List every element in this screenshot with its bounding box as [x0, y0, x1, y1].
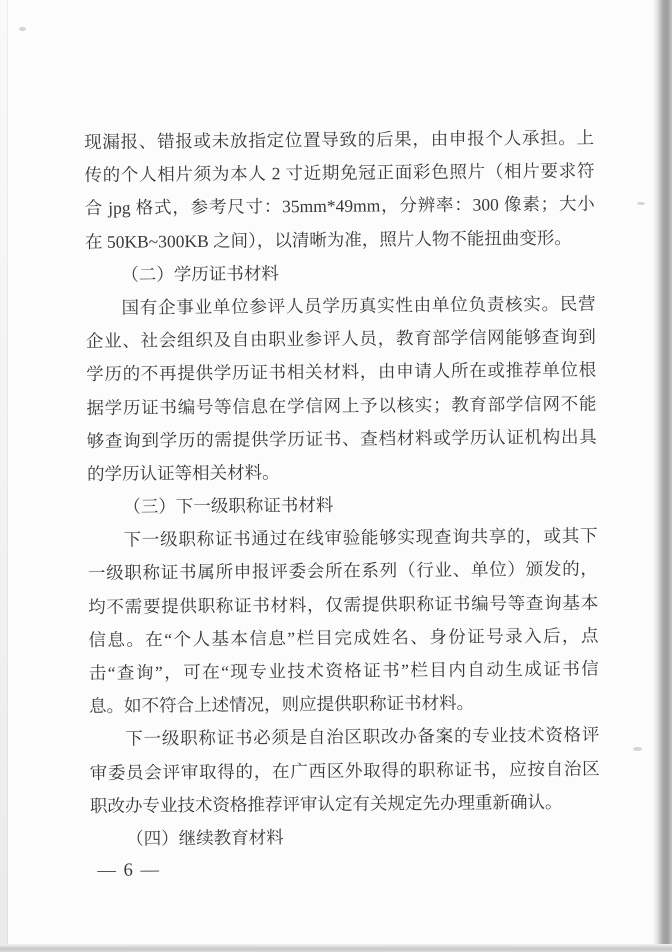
text-line: 的学历认证等相关材料。 [87, 453, 597, 491]
text-line: 国有企事业单位参评人员学历真实性由单位负责核实。民营 [85, 287, 595, 325]
text-line: 下一级职称证书必须是自治区职改办备案的专业技术资格评 [89, 719, 599, 757]
scan-edge-right [652, 0, 672, 952]
text-line: 息。如不符合上述情况，则应提供职称证书材料。 [89, 686, 599, 724]
text-line: 现漏报、错报或未放指定位置导致的后果，由申报个人承担。上 [84, 122, 594, 160]
scan-speck [19, 27, 26, 31]
scanned-document-page: 现漏报、错报或未放指定位置导致的后果，由申报个人承担。上传的个人相片须为本人 2… [0, 0, 672, 952]
text-line: 信息。在“个人基本信息”栏目完成姓名、身份证号录入后，点 [88, 619, 598, 657]
text-line: 传的个人相片须为本人 2 寸近期免冠正面彩色照片（相片要求符 [84, 155, 594, 193]
text-line: 职改办专业技术资格推荐评审认定有关规定先办理重新确认。 [90, 785, 600, 823]
text-line: 企业、社会组织及自由职业参评人员，教育部学信网能够查询到 [86, 321, 596, 359]
text-line: 审委员会评审取得的，在广西区外取得的职称证书，应按自治区 [90, 752, 600, 790]
text-line: 在 50KB~300KB 之间），以清晰为准，照片人物不能扭曲变形。 [85, 221, 595, 259]
text-line: 够查询到学历的需提供学历证书、查档材料或学历认证机构出具 [87, 420, 597, 458]
text-line: 一级职称证书属所申报评委会所在系列（行业、单位）颁发的， [88, 553, 598, 591]
page-number: — 6 — [97, 859, 160, 882]
scan-speck [637, 202, 645, 205]
section-heading: （四）继续教育材料 [90, 818, 600, 856]
scan-edge-left [0, 0, 8, 952]
text-line: 据学历证书编号等信息在学信网上予以核实；教育部学信网不能 [86, 387, 596, 425]
text-line: 均不需要提供职称证书材料，仅需提供职称证书编号等查询基本 [88, 586, 598, 624]
text-line: 合 jpg 格式，参考尺寸：35mm*49mm，分辨率：300 像素；大小 [85, 188, 595, 226]
text-line: 击“查询”，可在“现专业技术资格证书”栏目内自动生成证书信 [89, 653, 599, 691]
scan-speck [633, 747, 642, 751]
section-heading: （二）学历证书材料 [85, 254, 595, 292]
document-content: 现漏报、错报或未放指定位置导致的后果，由申报个人承担。上传的个人相片须为本人 2… [84, 122, 601, 916]
scan-edge-bottom [0, 944, 672, 952]
document-body: 现漏报、错报或未放指定位置导致的后果，由申报个人承担。上传的个人相片须为本人 2… [84, 122, 600, 857]
text-line: 学历的不再提供学历证书相关材料，由申请人所在或推荐单位根 [86, 354, 596, 392]
section-heading: （三）下一级职称证书材料 [87, 487, 597, 525]
text-line: 下一级职称证书通过在线审验能够实现查询共享的，或其下 [87, 520, 597, 558]
